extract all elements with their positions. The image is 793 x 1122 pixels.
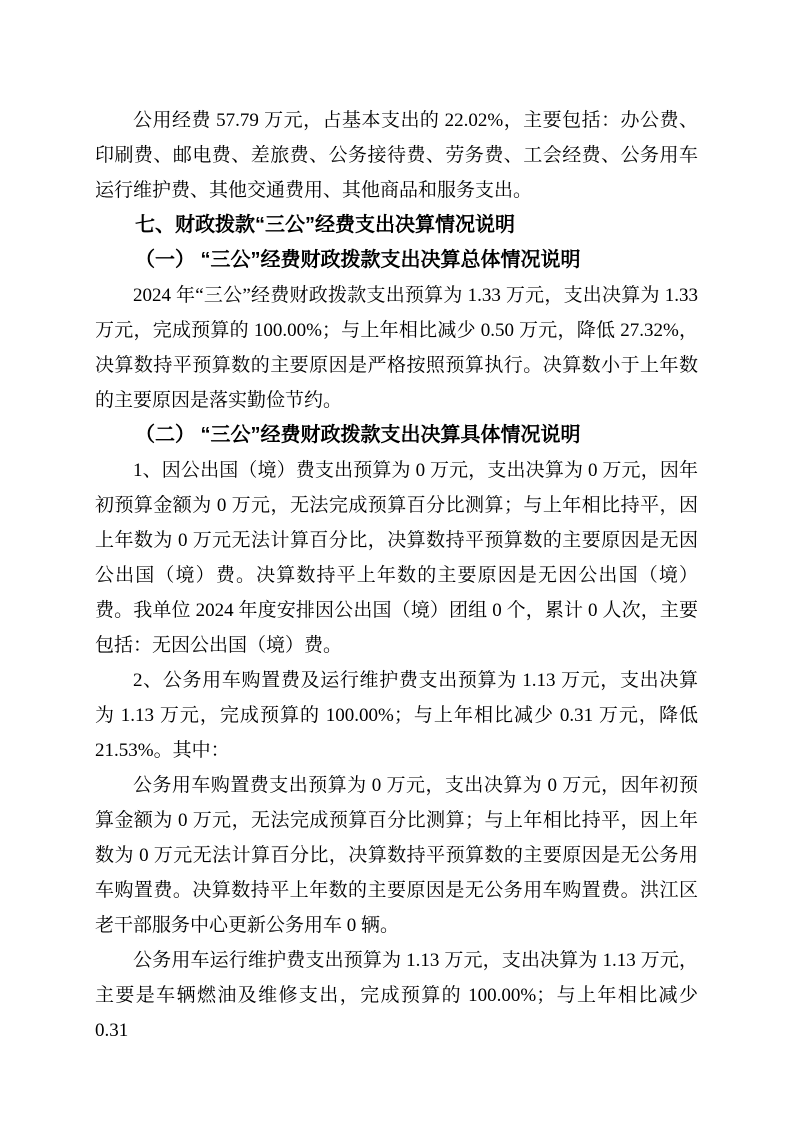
paragraph-vehicle-maintenance-detail: 公务用车运行维护费支出预算为 1.13 万元，支出决算为 1.13 万元，主要是… (95, 943, 698, 1048)
paragraph-vehicle-purchase-detail: 公务用车购置费支出预算为 0 万元，支出决算为 0 万元，因年初预算金额为 0 … (95, 768, 698, 943)
paragraph-public-funds-breakdown: 公用经费 57.79 万元，占基本支出的 22.02%，主要包括：办公费、印刷费… (95, 103, 698, 208)
paragraph-vehicle-purchase-and-maintenance-total: 2、公务用车购置费及运行维护费支出预算为 1.13 万元，支出决算为 1.13 … (95, 663, 698, 768)
heading-subsection-one-overall-situation: （一） “三公”经费财政拨款支出决算总体情况说明 (95, 243, 698, 278)
heading-section-seven-three-public-expenses: 七、财政拨款“三公”经费支出决算情况说明 (95, 208, 698, 243)
heading-subsection-two-specific-situation: （二） “三公”经费财政拨款支出决算具体情况说明 (95, 418, 698, 453)
paragraph-overall-three-public-budget: 2024 年“三公”经费财政拨款支出预算为 1.33 万元，支出决算为 1.33… (95, 278, 698, 418)
document-page: 公用经费 57.79 万元，占基本支出的 22.02%，主要包括：办公费、印刷费… (0, 0, 793, 1122)
paragraph-overseas-travel-expenses: 1、因公出国（境）费支出预算为 0 万元，支出决算为 0 万元，因年初预算金额为… (95, 453, 698, 663)
